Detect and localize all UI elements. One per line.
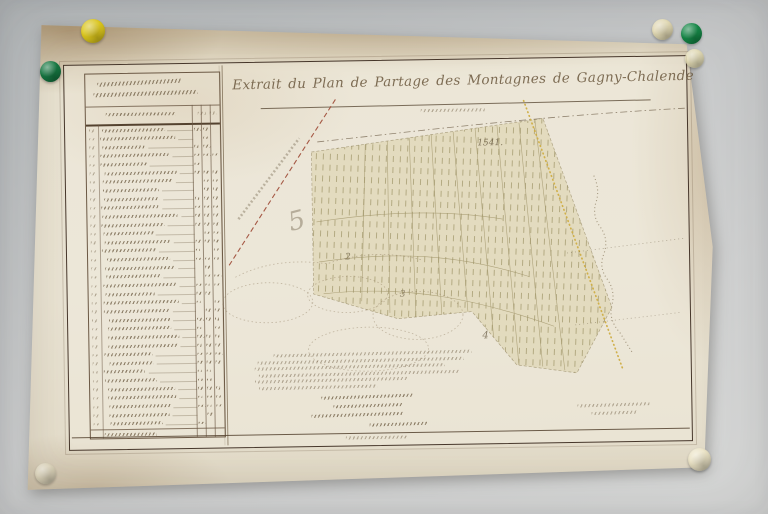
cream-pin-bottom-left	[35, 463, 56, 484]
photograph-of-archival-map: Extrait du Plan de Partage des Montagnes…	[0, 0, 768, 514]
cream-pin-top-right-upper	[652, 19, 673, 40]
yellow-pin-top-left	[81, 19, 105, 43]
cream-pin-top-right-lower	[685, 49, 704, 68]
green-pin-top-right	[681, 23, 702, 44]
green-pin-left	[40, 61, 61, 82]
cream-pin-bottom-right	[688, 448, 711, 471]
pins-layer	[0, 0, 768, 514]
